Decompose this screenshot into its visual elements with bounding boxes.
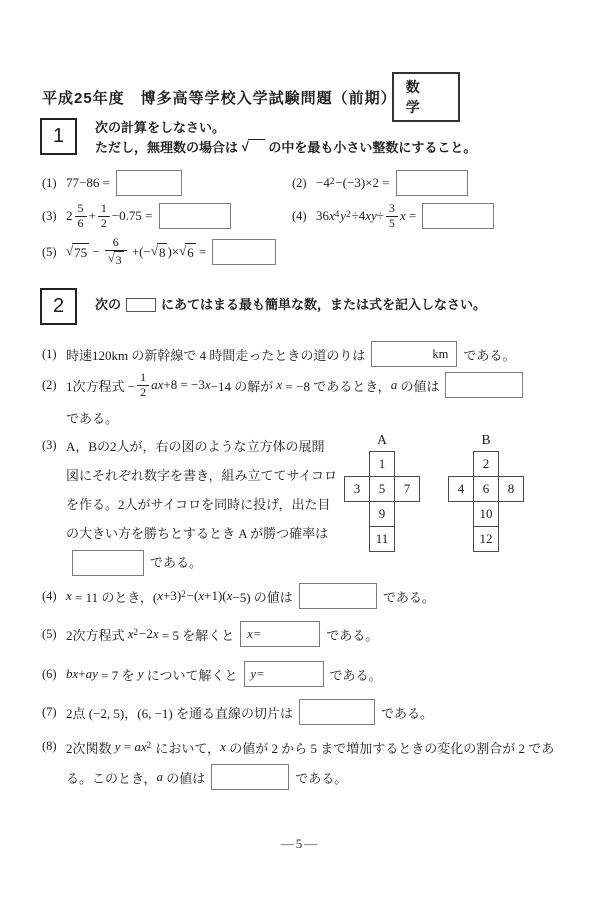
math-text: 75: [74, 245, 87, 260]
problem-label: (1): [42, 347, 66, 362]
fraction-numerator: 1: [137, 371, 149, 386]
math-superscript: 2: [134, 628, 139, 637]
page-number: —5—: [0, 836, 600, 852]
math-fraction: 56: [75, 202, 87, 231]
math-text: −2: [139, 626, 153, 642]
math-text: 1: [101, 201, 107, 215]
dice-net-B: B24681012: [448, 432, 524, 552]
problem-text-line: A，Bの2人が，右の図のような立方体の展開: [66, 432, 344, 461]
section1-instructions: 次の計算をしなさい。 ただし，無理数の場合は √ の中を最も小さい整数にすること…: [95, 118, 476, 158]
subject-box: 数 学: [392, 72, 460, 122]
problem: (4) 36x4y2÷4xy÷35x =: [292, 202, 500, 231]
problem-label: (3): [42, 438, 66, 453]
math-text: 2次関数: [66, 738, 115, 757]
math-variable: bx: [66, 666, 78, 682]
problem-expression: −42−(−3)×2 =: [316, 170, 474, 196]
radicand: [248, 139, 265, 157]
answer-box-prefix: y=: [245, 667, 265, 682]
fraction-denominator: 2: [98, 217, 110, 231]
section2-problem-5: (5) 2次方程式 x2−2x = 5 を解くとx=である。: [42, 620, 572, 648]
math-text: の値は: [397, 376, 439, 395]
math-text: ÷4: [352, 208, 366, 224]
problem-text-line: の大きい方を勝ちとするとき A が勝つ確率は: [66, 519, 344, 548]
math-text: = 7 を: [98, 665, 138, 684]
net-cell: 1: [369, 451, 395, 477]
math-text: 3: [116, 253, 122, 267]
section1-row-2: (3) 256+12−0.75 = (4) 36x4y2÷4xy÷35x =: [42, 196, 572, 236]
net-label: B: [481, 432, 490, 448]
section2-problem-8: (8) 2次関数 y = ax2 において，x の値が 2 から 5 まで増加す…: [42, 736, 572, 792]
math-text: において，: [152, 738, 220, 757]
fraction-denominator: 6: [75, 217, 87, 231]
math-variable: ax: [151, 377, 163, 393]
math-text: である。: [381, 703, 433, 722]
section2-problem-6: (6) bx+ay = 7 を y について解くとy=である。: [42, 660, 572, 688]
math-radical: √8: [151, 243, 168, 261]
problem-text-line: を作る。2人がサイコロを同時に投げ，出た目: [66, 490, 344, 519]
net-cell: 5: [369, 476, 395, 502]
page-title: 平成25年度 博多高等学校入学試験問題（前期）: [42, 87, 392, 108]
answer-box-unit: km: [432, 347, 456, 362]
problem-label: (5): [42, 245, 66, 260]
math-text: について解くと: [144, 665, 238, 684]
problem-label: (3): [42, 209, 66, 224]
math-superscript: 2: [181, 590, 186, 599]
math-text: ÷: [377, 208, 384, 224]
problem-expression: 1次方程式 −12ax+8 = −3x−14 の解が x = −8 であるとき，…: [66, 368, 529, 402]
problem-body: 2次関数 y = ax2 において，x の値が 2 から 5 まで増加するときの…: [66, 736, 554, 792]
net-cell: 8: [498, 476, 524, 502]
math-text: 2: [101, 216, 107, 230]
fraction-denominator: 5: [386, 217, 398, 231]
math-text: である。: [150, 548, 202, 577]
answer-box: [445, 372, 523, 398]
net-cell: 11: [369, 526, 395, 552]
net-cell: 10: [473, 501, 499, 527]
math-text: 1次方程式 −: [66, 376, 135, 395]
math-text: ただし，無理数の場合は: [95, 138, 242, 158]
math-text: +(−: [129, 244, 151, 260]
math-fraction: 12: [98, 202, 110, 231]
fraction-denominator: √3: [105, 251, 127, 267]
math-text: +8 = −3: [163, 377, 205, 393]
section2-problem-4: (4) x = 11 のとき，(x+3)2−(x+1)(x−5) の値はである。: [42, 582, 572, 610]
section2-problem-2: (2) 1次方程式 −12ax+8 = −3x−14 の解が x = −8 であ…: [42, 368, 572, 427]
math-text: −(: [187, 588, 199, 604]
math-superscript: 2: [330, 177, 335, 186]
net-cell: 6: [473, 476, 499, 502]
math-text: +1)(: [204, 588, 227, 604]
math-text: 8: [159, 245, 166, 260]
math-text: にあてはまる最も簡単な数，または式を記入しなさい。: [161, 295, 486, 315]
problem-expression: x = 11 のとき，(x+3)2−(x+1)(x−5) の値はである。: [66, 583, 435, 609]
answer-box: [299, 699, 375, 725]
net-cell: 3: [344, 476, 370, 502]
answer-box: x=: [240, 621, 320, 647]
math-text: 5: [78, 201, 84, 215]
problem-expression: 2次関数 y = ax2 において，x の値が 2 から 5 まで増加するときの…: [66, 736, 554, 758]
radicand: 3: [114, 251, 124, 267]
math-text: 6: [78, 216, 84, 230]
problem-label: (2): [292, 176, 316, 191]
math-text: 2次方程式: [66, 625, 128, 644]
math-text: 次の: [95, 295, 121, 315]
answer-box: y=: [244, 661, 324, 687]
answer-box: [159, 203, 231, 229]
section2-problem-3: (3) A，Bの2人が，右の図のような立方体の展開 図にそれぞれ数字を書き，組み…: [42, 432, 572, 577]
math-text: の中を最も小さい整数にすること。: [265, 138, 477, 158]
problem-body: 1次方程式 −12ax+8 = −3x−14 の解が x = −8 であるとき，…: [66, 368, 529, 427]
problem-label: (1): [42, 176, 66, 191]
dice-nets-figure: A1357911 B24681012: [344, 432, 524, 552]
problem-label: (5): [42, 627, 66, 642]
problem-text-line: 図にそれぞれ数字を書き，組み立ててサイコロ: [66, 461, 344, 490]
section2-badge: 2: [40, 288, 77, 325]
math-text: =: [406, 208, 417, 224]
math-fraction: 12: [137, 371, 149, 400]
math-text: +: [78, 666, 85, 682]
math-text: −14 の解が: [211, 376, 277, 395]
section1-row-1: (1) 77−86 = (2) −42−(−3)×2 =: [42, 168, 572, 198]
math-text: 6: [187, 245, 194, 260]
math-text: である。: [383, 587, 435, 606]
problem-label: (4): [42, 589, 66, 604]
problem: (2) −42−(−3)×2 =: [292, 170, 474, 196]
math-text: −: [89, 244, 103, 260]
math-radical: √: [242, 139, 265, 157]
fraction-numerator: 1: [98, 202, 110, 217]
section2-header: 2 次のにあてはまる最も簡単な数，または式を記入しなさい。: [40, 288, 486, 325]
math-superscript: 2: [147, 741, 152, 750]
net-cell: 4: [448, 476, 474, 502]
math-text: −5) の値は: [232, 587, 292, 606]
math-radical: √3: [108, 251, 124, 267]
math-fraction: 35: [386, 202, 398, 231]
math-text: −(−3)×2 =: [335, 175, 389, 191]
math-text: = 5 を解くと: [159, 625, 235, 644]
answer-box: [299, 583, 377, 609]
math-text: 5: [389, 216, 395, 230]
section1-header: 1 次の計算をしなさい。 ただし，無理数の場合は √ の中を最も小さい整数にする…: [40, 118, 476, 158]
problem-label: (8): [42, 739, 66, 754]
problem-expression: 2次方程式 x2−2x = 5 を解くとx=である。: [66, 621, 378, 647]
section2-instruction: 次のにあてはまる最も簡単な数，または式を記入しなさい。: [95, 295, 486, 315]
math-text: 6: [113, 235, 119, 249]
net-cell: 7: [394, 476, 420, 502]
math-text: =: [196, 244, 207, 260]
math-variable: xy: [365, 208, 377, 224]
answer-box: [72, 550, 144, 576]
math-text: 1: [140, 370, 146, 384]
math-text: = −8 であるとき，: [282, 376, 390, 395]
math-text: [250, 141, 263, 156]
math-text: )×: [167, 244, 179, 260]
problem-expression: 77−86 =: [66, 170, 188, 196]
math-text: = 11 のとき，(: [72, 587, 157, 606]
math-radical: √75: [66, 243, 89, 261]
net-cell: 9: [369, 501, 395, 527]
math-text: +: [89, 208, 96, 224]
answer-box: [396, 170, 468, 196]
math-superscript: 4: [335, 210, 340, 219]
problem-expression: bx+ay = 7 を y について解くとy=である。: [66, 661, 382, 687]
math-text: である。: [330, 665, 382, 684]
subject-label: 数 学: [406, 79, 423, 115]
section1-instruction-2: ただし，無理数の場合は √ の中を最も小さい整数にすること。: [95, 138, 476, 158]
math-text: である。: [295, 768, 347, 787]
section2-problem-1: (1) 時速120km の新幹線で 4 時間走ったときの道のりはkmである。: [42, 340, 572, 368]
cube-net: 1357911: [344, 451, 420, 552]
section1-row-3: (5) √75 − 6√3 +(−√8)×√6 =: [42, 232, 572, 272]
net-cell: 12: [473, 526, 499, 552]
answer-box: [212, 239, 276, 265]
answer-box: km: [371, 341, 457, 367]
section1-instruction-1: 次の計算をしなさい。: [95, 118, 476, 138]
problem-expression: 2点 (−2, 5)，(6, −1) を通る直線の切片はである。: [66, 699, 433, 725]
math-text: 2: [140, 385, 146, 399]
answer-box: [126, 298, 156, 312]
radicand: 8: [157, 243, 168, 261]
math-text: 時速120km の新幹線で 4 時間走ったときの道のりは: [66, 345, 365, 364]
answer-box: [211, 764, 289, 790]
radicand: 6: [185, 243, 196, 261]
math-text: 2点 (−2, 5)，(6, −1) を通る直線の切片は: [66, 703, 293, 722]
dice-net-A: A1357911: [344, 432, 420, 552]
problem-expression: 36x4y2÷4xy÷35x =: [316, 202, 500, 231]
math-text: である。: [463, 345, 515, 364]
math-superscript: 2: [346, 210, 351, 219]
problem-expression: √75 − 6√3 +(−√8)×√6 =: [66, 236, 282, 267]
problem-expression: 256+12−0.75 =: [66, 202, 237, 231]
answer-box-prefix: x=: [241, 627, 261, 642]
fraction-denominator: 2: [137, 386, 149, 400]
net-label: A: [377, 432, 387, 448]
section2-instructions: 次のにあてはまる最も簡単な数，または式を記入しなさい。: [95, 288, 486, 321]
fraction-numerator: 3: [386, 202, 398, 217]
radicand: 75: [72, 243, 89, 261]
math-text: −4: [316, 175, 330, 191]
section2-problem-7: (7) 2点 (−2, 5)，(6, −1) を通る直線の切片はである。: [42, 698, 572, 726]
math-text: =: [121, 739, 135, 755]
math-text: る。このとき，: [66, 768, 156, 787]
section1-badge: 1: [40, 118, 77, 155]
answer-box: [422, 203, 494, 229]
problem-label: (2): [42, 378, 66, 393]
fraction-numerator: 5: [75, 202, 87, 217]
exam-page: 平成25年度 博多高等学校入学試験問題（前期） 数 学 1 次の計算をしなさい。…: [0, 0, 600, 900]
math-text: 3: [389, 201, 395, 215]
math-text: 77−86 =: [66, 175, 110, 191]
cube-net: 24681012: [448, 451, 524, 552]
math-variable: ax: [134, 739, 146, 755]
problem-label: (4): [292, 209, 316, 224]
fraction-numerator: 6: [105, 236, 127, 251]
problem-text: である。: [66, 408, 529, 427]
math-variable: ay: [86, 666, 98, 682]
math-text: 36: [316, 208, 329, 224]
math-text: +3): [163, 588, 181, 604]
problem-answer-line: である。: [66, 548, 344, 577]
net-cell: 2: [473, 451, 499, 477]
problem-label: (6): [42, 667, 66, 682]
math-text: の値が 2 から 5 まで増加するときの変化の割合が 2 であ: [226, 738, 554, 757]
problem-expression: る。このとき，a の値はである。: [66, 762, 554, 792]
problem-expression: 時速120km の新幹線で 4 時間走ったときの道のりはkmである。: [66, 341, 515, 367]
problem-label: (7): [42, 705, 66, 720]
math-text: 2: [66, 208, 73, 224]
answer-box: [116, 170, 182, 196]
math-fraction: 6√3: [105, 236, 127, 267]
problem-body: A，Bの2人が，右の図のような立方体の展開 図にそれぞれ数字を書き，組み立ててサ…: [66, 432, 344, 577]
math-text: である。: [326, 625, 378, 644]
math-text: −0.75 =: [112, 208, 153, 224]
header: 平成25年度 博多高等学校入学試験問題（前期） 数 学: [42, 72, 572, 122]
math-text: の値は: [163, 768, 205, 787]
math-radical: √6: [179, 243, 196, 261]
